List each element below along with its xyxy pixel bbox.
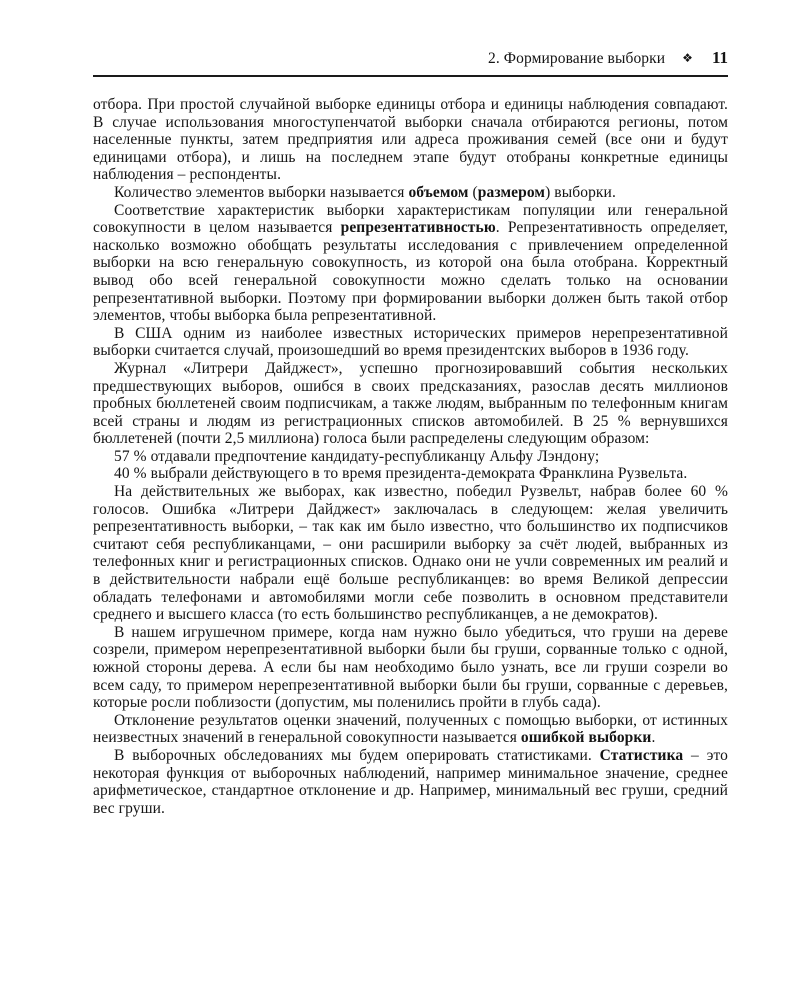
paragraph: На действительных же выборах, как извест… [93,483,728,624]
paragraph: В США одним из наиболее известных истори… [93,325,728,360]
text-run: . [651,729,655,746]
bold-term: размером [478,184,545,201]
paragraph: 40 % выбрали действующего в то время пре… [93,465,728,483]
text-run: ( [469,184,478,201]
text-column: 2. Формирование выборки ❖ 11 отбора. При… [93,48,728,817]
text-run: На действительных же выборах, как извест… [93,483,728,623]
diamond-separator-icon: ❖ [682,51,693,65]
bold-term: ошибкой выборки [521,729,652,746]
paragraph: отбора. При простой случайной выборке ед… [93,96,728,184]
paragraph: Количество элементов выборки называется … [93,184,728,202]
running-head: 2. Формирование выборки ❖ 11 [93,48,728,77]
book-page: 2. Формирование выборки ❖ 11 отбора. При… [0,0,800,1000]
text-run: отбора. При простой случайной выборке ед… [93,96,728,183]
paragraph: В выборочных обследованиях мы будем опер… [93,747,728,817]
text-run: 57 % отдавали предпочтение кандидату-рес… [114,448,599,465]
text-body: отбора. При простой случайной выборке ед… [93,96,728,817]
text-run: 40 % выбрали действующего в то время пре… [114,465,687,482]
bold-term: Статистика [600,747,684,764]
page-number: 11 [712,48,728,68]
text-run: В США одним из наиболее известных истори… [93,325,728,360]
text-run: ) выборки. [545,184,616,201]
bold-term: объемом [408,184,468,201]
paragraph: Журнал «Литрери Дайджест», успешно прогн… [93,360,728,448]
text-run: Количество элементов выборки называется [114,184,408,201]
bold-term: репрезентативностью [341,219,496,236]
text-run: Журнал «Литрери Дайджест», успешно прогн… [93,360,728,447]
section-title: 2. Формирование выборки [488,50,665,68]
text-run: В выборочных обследованиях мы будем опер… [114,747,600,764]
text-run: В нашем игрушечном примере, когда нам ну… [93,624,728,711]
paragraph: Отклонение результатов оценки значений, … [93,712,728,747]
paragraph: Соответствие характеристик выборки харак… [93,202,728,325]
paragraph: В нашем игрушечном примере, когда нам ну… [93,624,728,712]
paragraph: 57 % отдавали предпочтение кандидату-рес… [93,448,728,466]
